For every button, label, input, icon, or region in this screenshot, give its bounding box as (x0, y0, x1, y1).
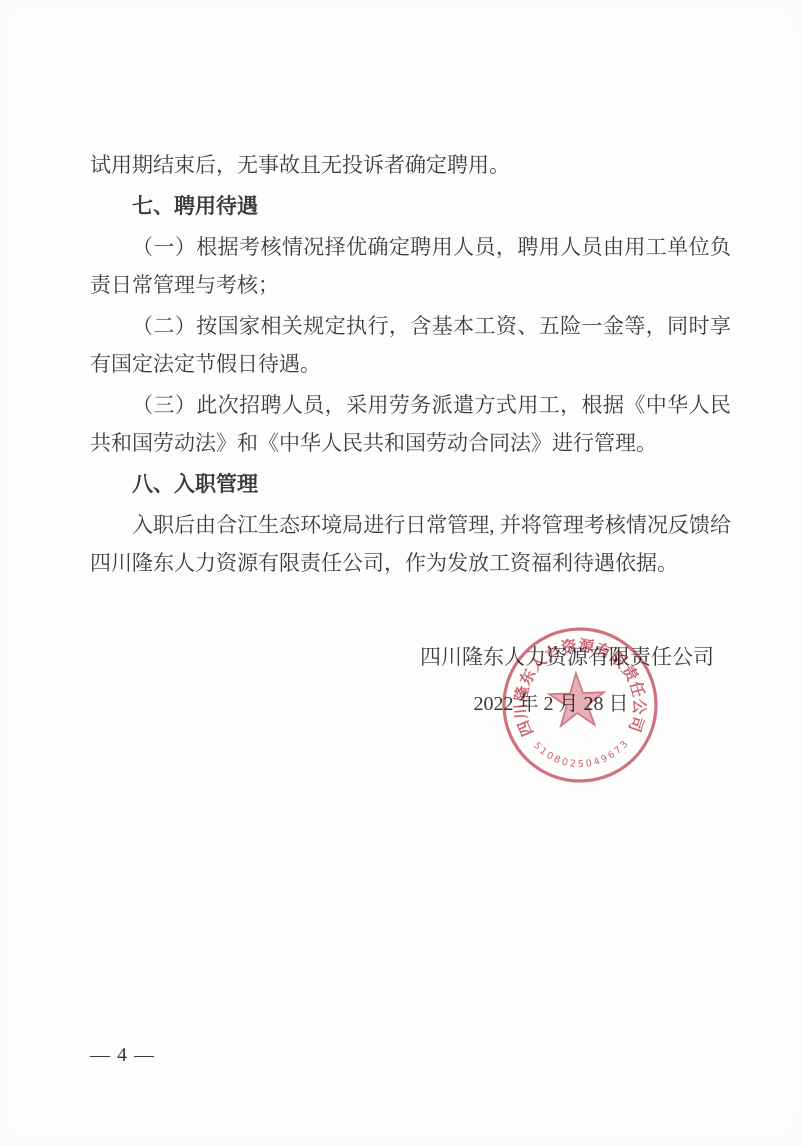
scanned-document-page: 试用期结束后，无事故且无投诉者确定聘用。 七、聘用待遇 （一）根据考核情况择优确… (0, 0, 803, 1146)
paragraph-7-2: （二）按国家相关规定执行，含基本工资、五险一金等，同时享有国定法定节假日待遇。 (90, 307, 731, 383)
page-number: — 4 — (90, 1044, 155, 1067)
document-body: 试用期结束后，无事故且无投诉者确定聘用。 七、聘用待遇 （一）根据考核情况择优确… (90, 146, 731, 585)
section-heading-8: 八、入职管理 (90, 465, 731, 503)
seal-serial-number: 5108025049673 (531, 737, 633, 772)
paragraph-7-3: （三）此次招聘人员，采用劳务派遣方式用工，根据《中华人民共和国劳动法》和《中华人… (90, 386, 731, 462)
paragraph-8-1: 入职后由合江生态环境局进行日常管理, 并将管理考核情况反馈给四川隆东人力资源有限… (90, 506, 731, 582)
section-heading-7: 七、聘用待遇 (90, 187, 731, 225)
company-seal-stamp: 四川隆东人力资源有限责任公司 5108025049673 (492, 617, 668, 793)
paragraph-continuation: 试用期结束后，无事故且无投诉者确定聘用。 (90, 146, 731, 184)
seal-star-icon (548, 672, 605, 726)
paragraph-7-1: （一）根据考核情况择优确定聘用人员，聘用人员由用工单位负责日常管理与考核； (90, 228, 731, 304)
